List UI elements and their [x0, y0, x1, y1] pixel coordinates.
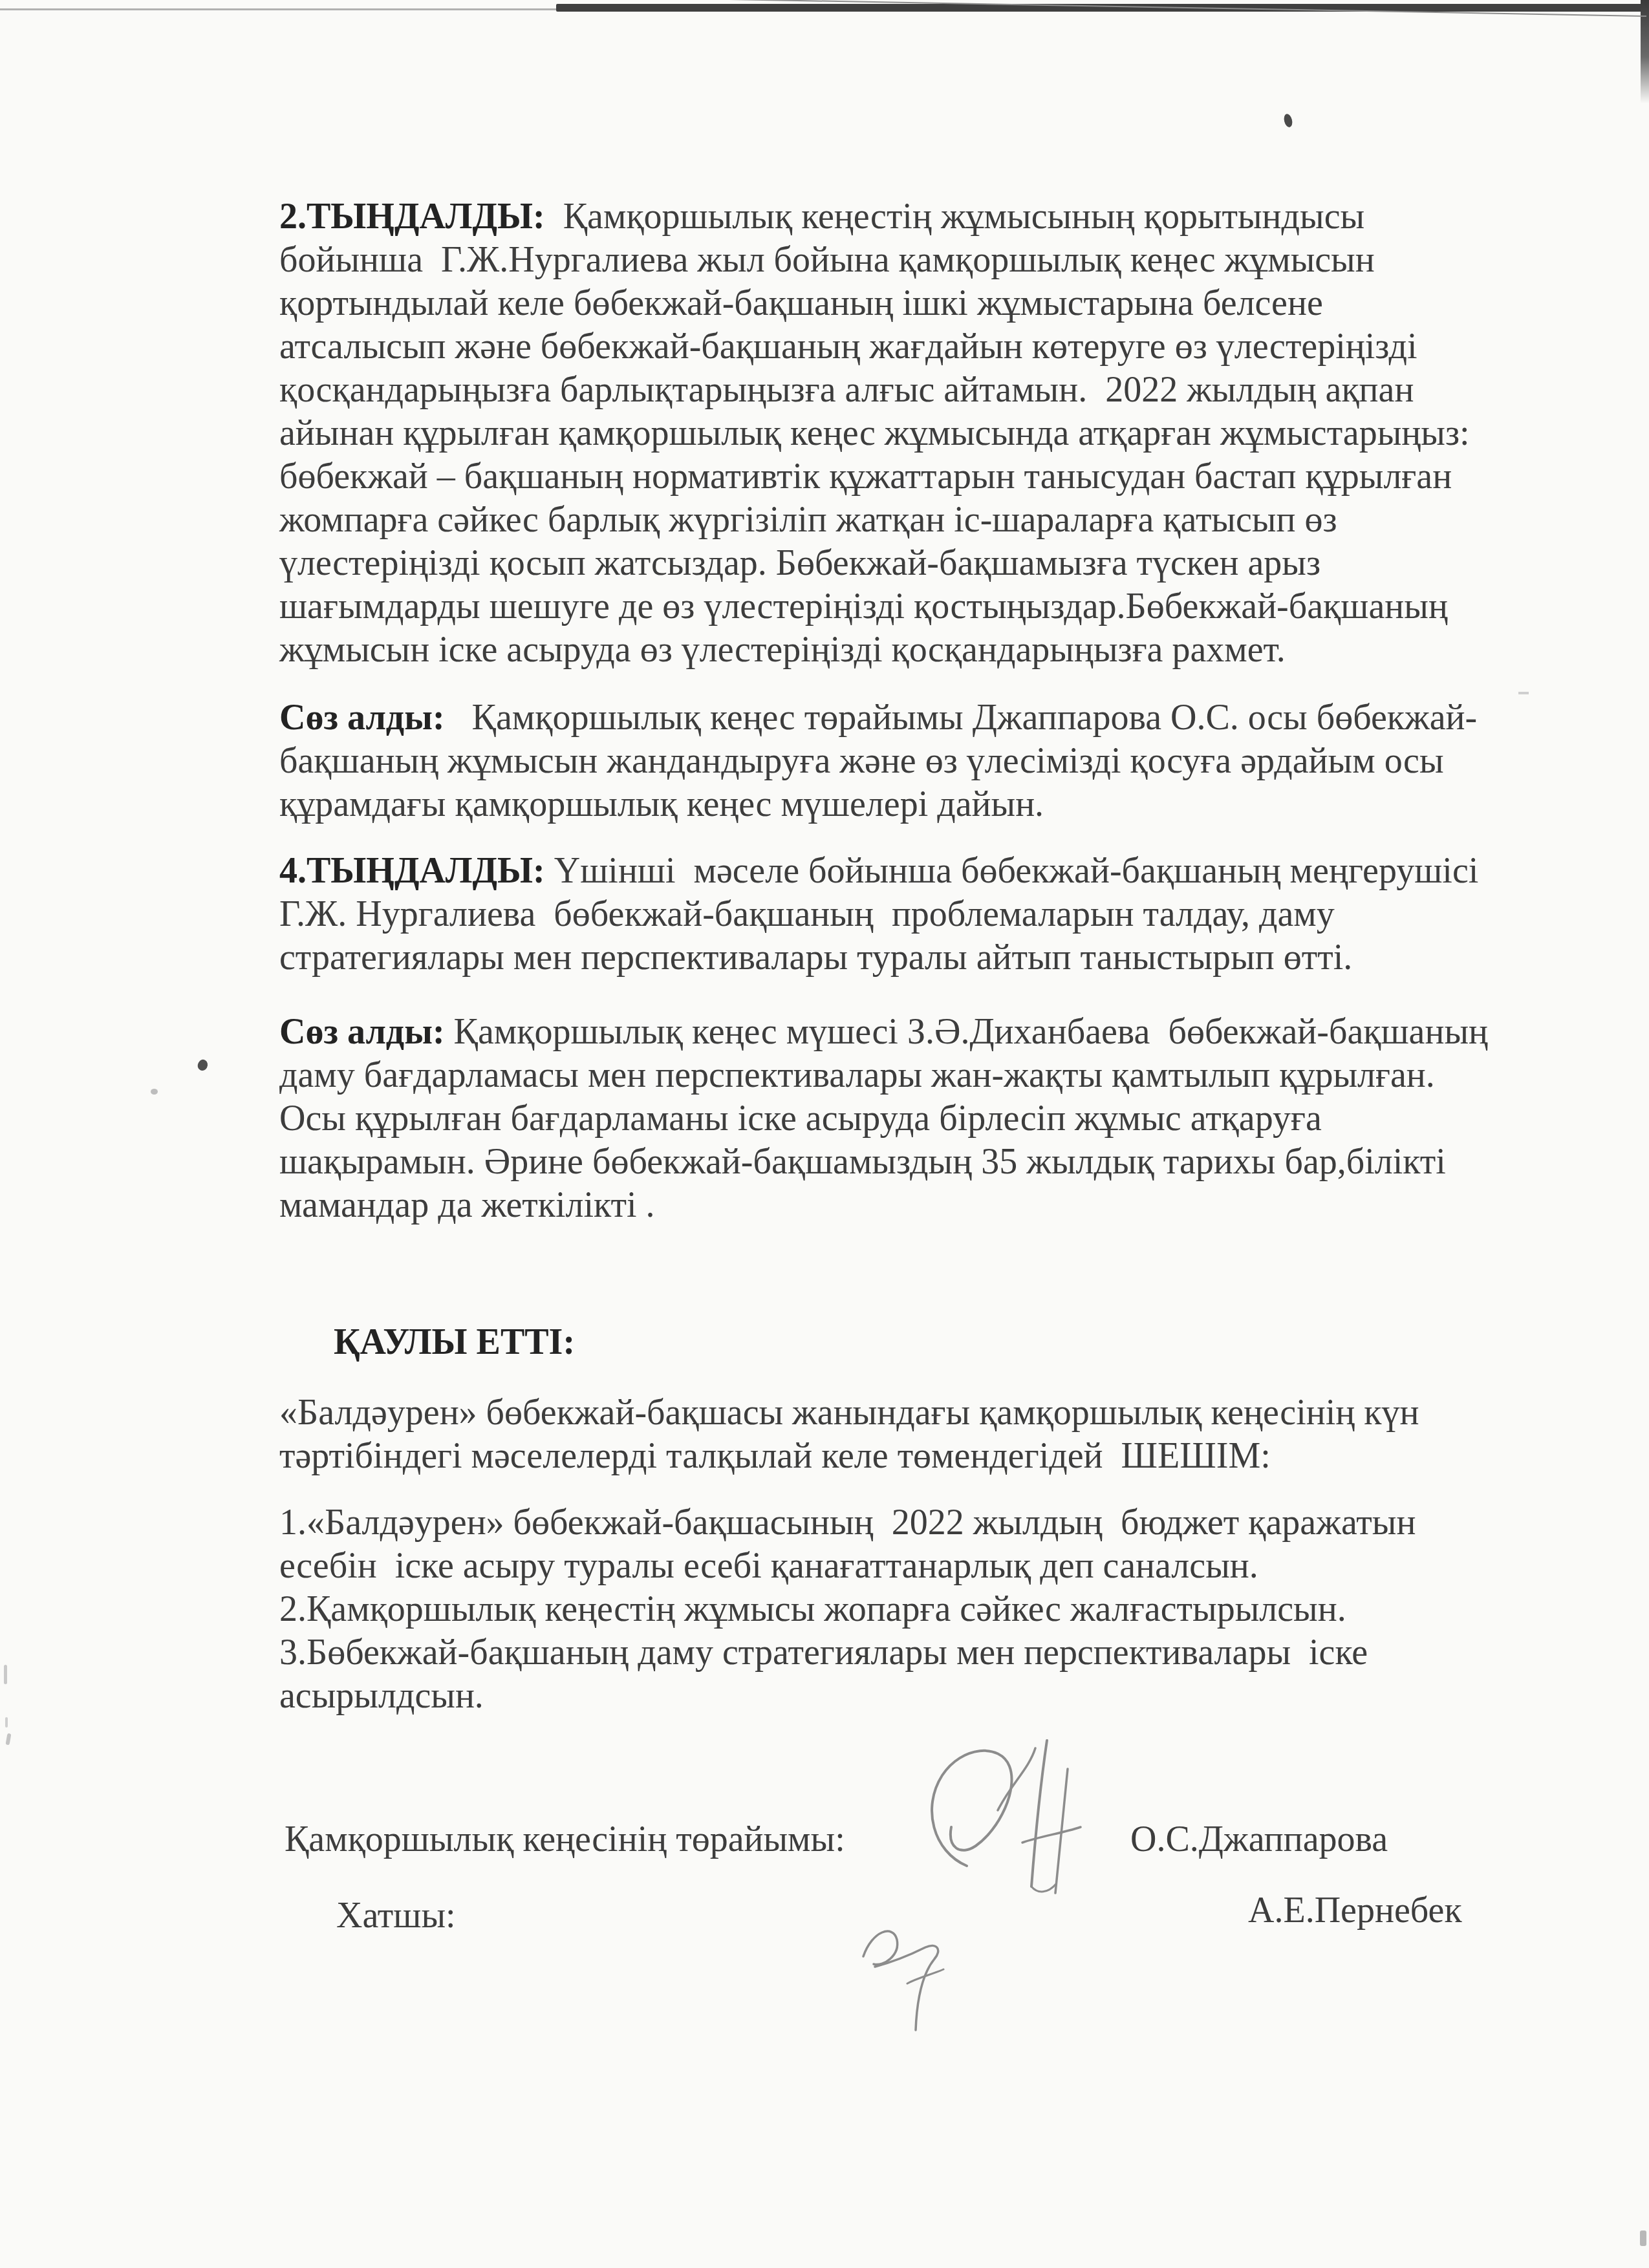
ink-speck-dark	[196, 1058, 210, 1072]
edge-speck	[5, 1717, 8, 1728]
decision-list: 1.«Балдәурен» бөбекжай-бақшасының 2022 ж…	[279, 1501, 1563, 1718]
scanned-document-page: 2.ТЫҢДАЛДЫ: Қамқоршылық кеңестің жұмысын…	[0, 0, 1649, 2268]
agenda-item-2-heard: 2.ТЫҢДАЛДЫ: Қамқоршылық кеңестің жұмысын…	[279, 195, 1563, 672]
edge-speck	[4, 1665, 7, 1684]
edge-speck	[5, 1733, 11, 1746]
text-line: даму бағдарламасы мен перспективалары жа…	[279, 1054, 1563, 1097]
text-line: атсалысып және бөбекжай-бақшаның жағдайы…	[279, 325, 1563, 369]
text-line: бөбекжай – бақшаның нормативтік құжаттар…	[279, 455, 1563, 498]
text-line: 3.Бөбекжай-бақшаның даму стратегиялары м…	[279, 1631, 1563, 1674]
scan-artifact-top-line-thin	[0, 8, 569, 10]
secretary-signature-label: Хатшы:	[336, 1894, 456, 1938]
resolution-intro: «Балдәурен» бөбекжай-бақшасы жанындағы қ…	[279, 1391, 1563, 1478]
text-line: тәртібіндегі мәселелерді талқылай келе т…	[279, 1435, 1563, 1478]
text-column: 2.ТЫҢДАЛДЫ: Қамқоршылық кеңестің жұмысын…	[279, 195, 1563, 1718]
text-line: Сөз алды: Қамқоршылық кеңес төрайымы Джа…	[279, 696, 1563, 740]
text-line: ҚАУЛЫ ЕТТІ:	[334, 1321, 1563, 1364]
text-line: жұмысын іске асыруда өз үлестеріңізді қо…	[279, 628, 1563, 672]
text-line: стратегиялары мен перспективалары туралы…	[279, 936, 1563, 979]
edge-mark	[1640, 2231, 1646, 2246]
text-line: бақшаның жұмысын жандандыруға және өз үл…	[279, 740, 1563, 783]
resolution-heading: ҚАУЛЫ ЕТТІ:	[279, 1321, 1563, 1364]
text-line: 1.«Балдәурен» бөбекжай-бақшасының 2022 ж…	[279, 1501, 1563, 1545]
text-line: айынан құрылған қамқоршылық кеңес жұмысы…	[279, 412, 1563, 455]
text-line: Осы құрылған бағдарламаны іске асыруда б…	[279, 1097, 1563, 1140]
text-line: қосқандарыңызға барлықтарыңызға алғыс ай…	[279, 369, 1563, 412]
secretary-signature-handwriting-icon	[844, 1906, 999, 2035]
text-line: 4.ТЫҢДАЛДЫ: Үшінші мәселе бойынша бөбекж…	[279, 850, 1563, 893]
text-line: 2.ТЫҢДАЛДЫ: Қамқоршылық кеңестің жұмысын…	[279, 195, 1563, 239]
text-line: шақырамын. Әрине бөбекжай-бақшамыздың 35…	[279, 1140, 1563, 1184]
text-line: мамандар да жеткілікті .	[279, 1184, 1563, 1227]
text-line: үлестеріңізді қосып жатсыздар. Бөбекжай-…	[279, 542, 1563, 585]
text-line: Сөз алды: Қамқоршылық кеңес мүшесі З.Ә.Д…	[279, 1011, 1563, 1054]
speech-member: Сөз алды: Қамқоршылық кеңес мүшесі З.Ә.Д…	[279, 1011, 1563, 1227]
speech-chairwoman: Сөз алды: Қамқоршылық кеңес төрайымы Джа…	[279, 696, 1563, 826]
text-line: құрамдағы қамқоршылық кеңес мүшелері дай…	[279, 783, 1563, 826]
text-line: шағымдарды шешуге де өз үлестеріңізді қо…	[279, 585, 1563, 628]
text-line: 2.Қамқоршылық кеңестің жұмысы жопарға сә…	[279, 1588, 1563, 1631]
chairman-signature-handwriting-icon	[902, 1731, 1115, 1901]
agenda-item-4-heard: 4.ТЫҢДАЛДЫ: Үшінші мәселе бойынша бөбекж…	[279, 850, 1563, 979]
text-line: асырылдсын.	[279, 1674, 1563, 1718]
secretary-name: А.Е.Пернебек	[1248, 1889, 1462, 1932]
text-line: Г.Ж. Нургалиева бөбекжай-бақшаның пробле…	[279, 893, 1563, 936]
text-line: жомпарға сәйкес барлық жүргізіліп жатқан…	[279, 498, 1563, 542]
text-line: «Балдәурен» бөбекжай-бақшасы жанындағы қ…	[279, 1391, 1563, 1435]
text-line: қортындылай келе бөбекжай-бақшаның ішкі …	[279, 282, 1563, 325]
chairman-name: О.С.Джаппарова	[1130, 1818, 1388, 1861]
ink-speck-light	[151, 1089, 158, 1095]
text-line: бойынша Г.Ж.Нургалиева жыл бойына қамқор…	[279, 239, 1563, 282]
text-line: есебін іске асыру туралы есебі қанағатта…	[279, 1545, 1563, 1588]
ink-dot	[1283, 113, 1294, 128]
chairman-signature-label: Қамқоршылық кеңесінің төрайымы:	[285, 1818, 845, 1861]
